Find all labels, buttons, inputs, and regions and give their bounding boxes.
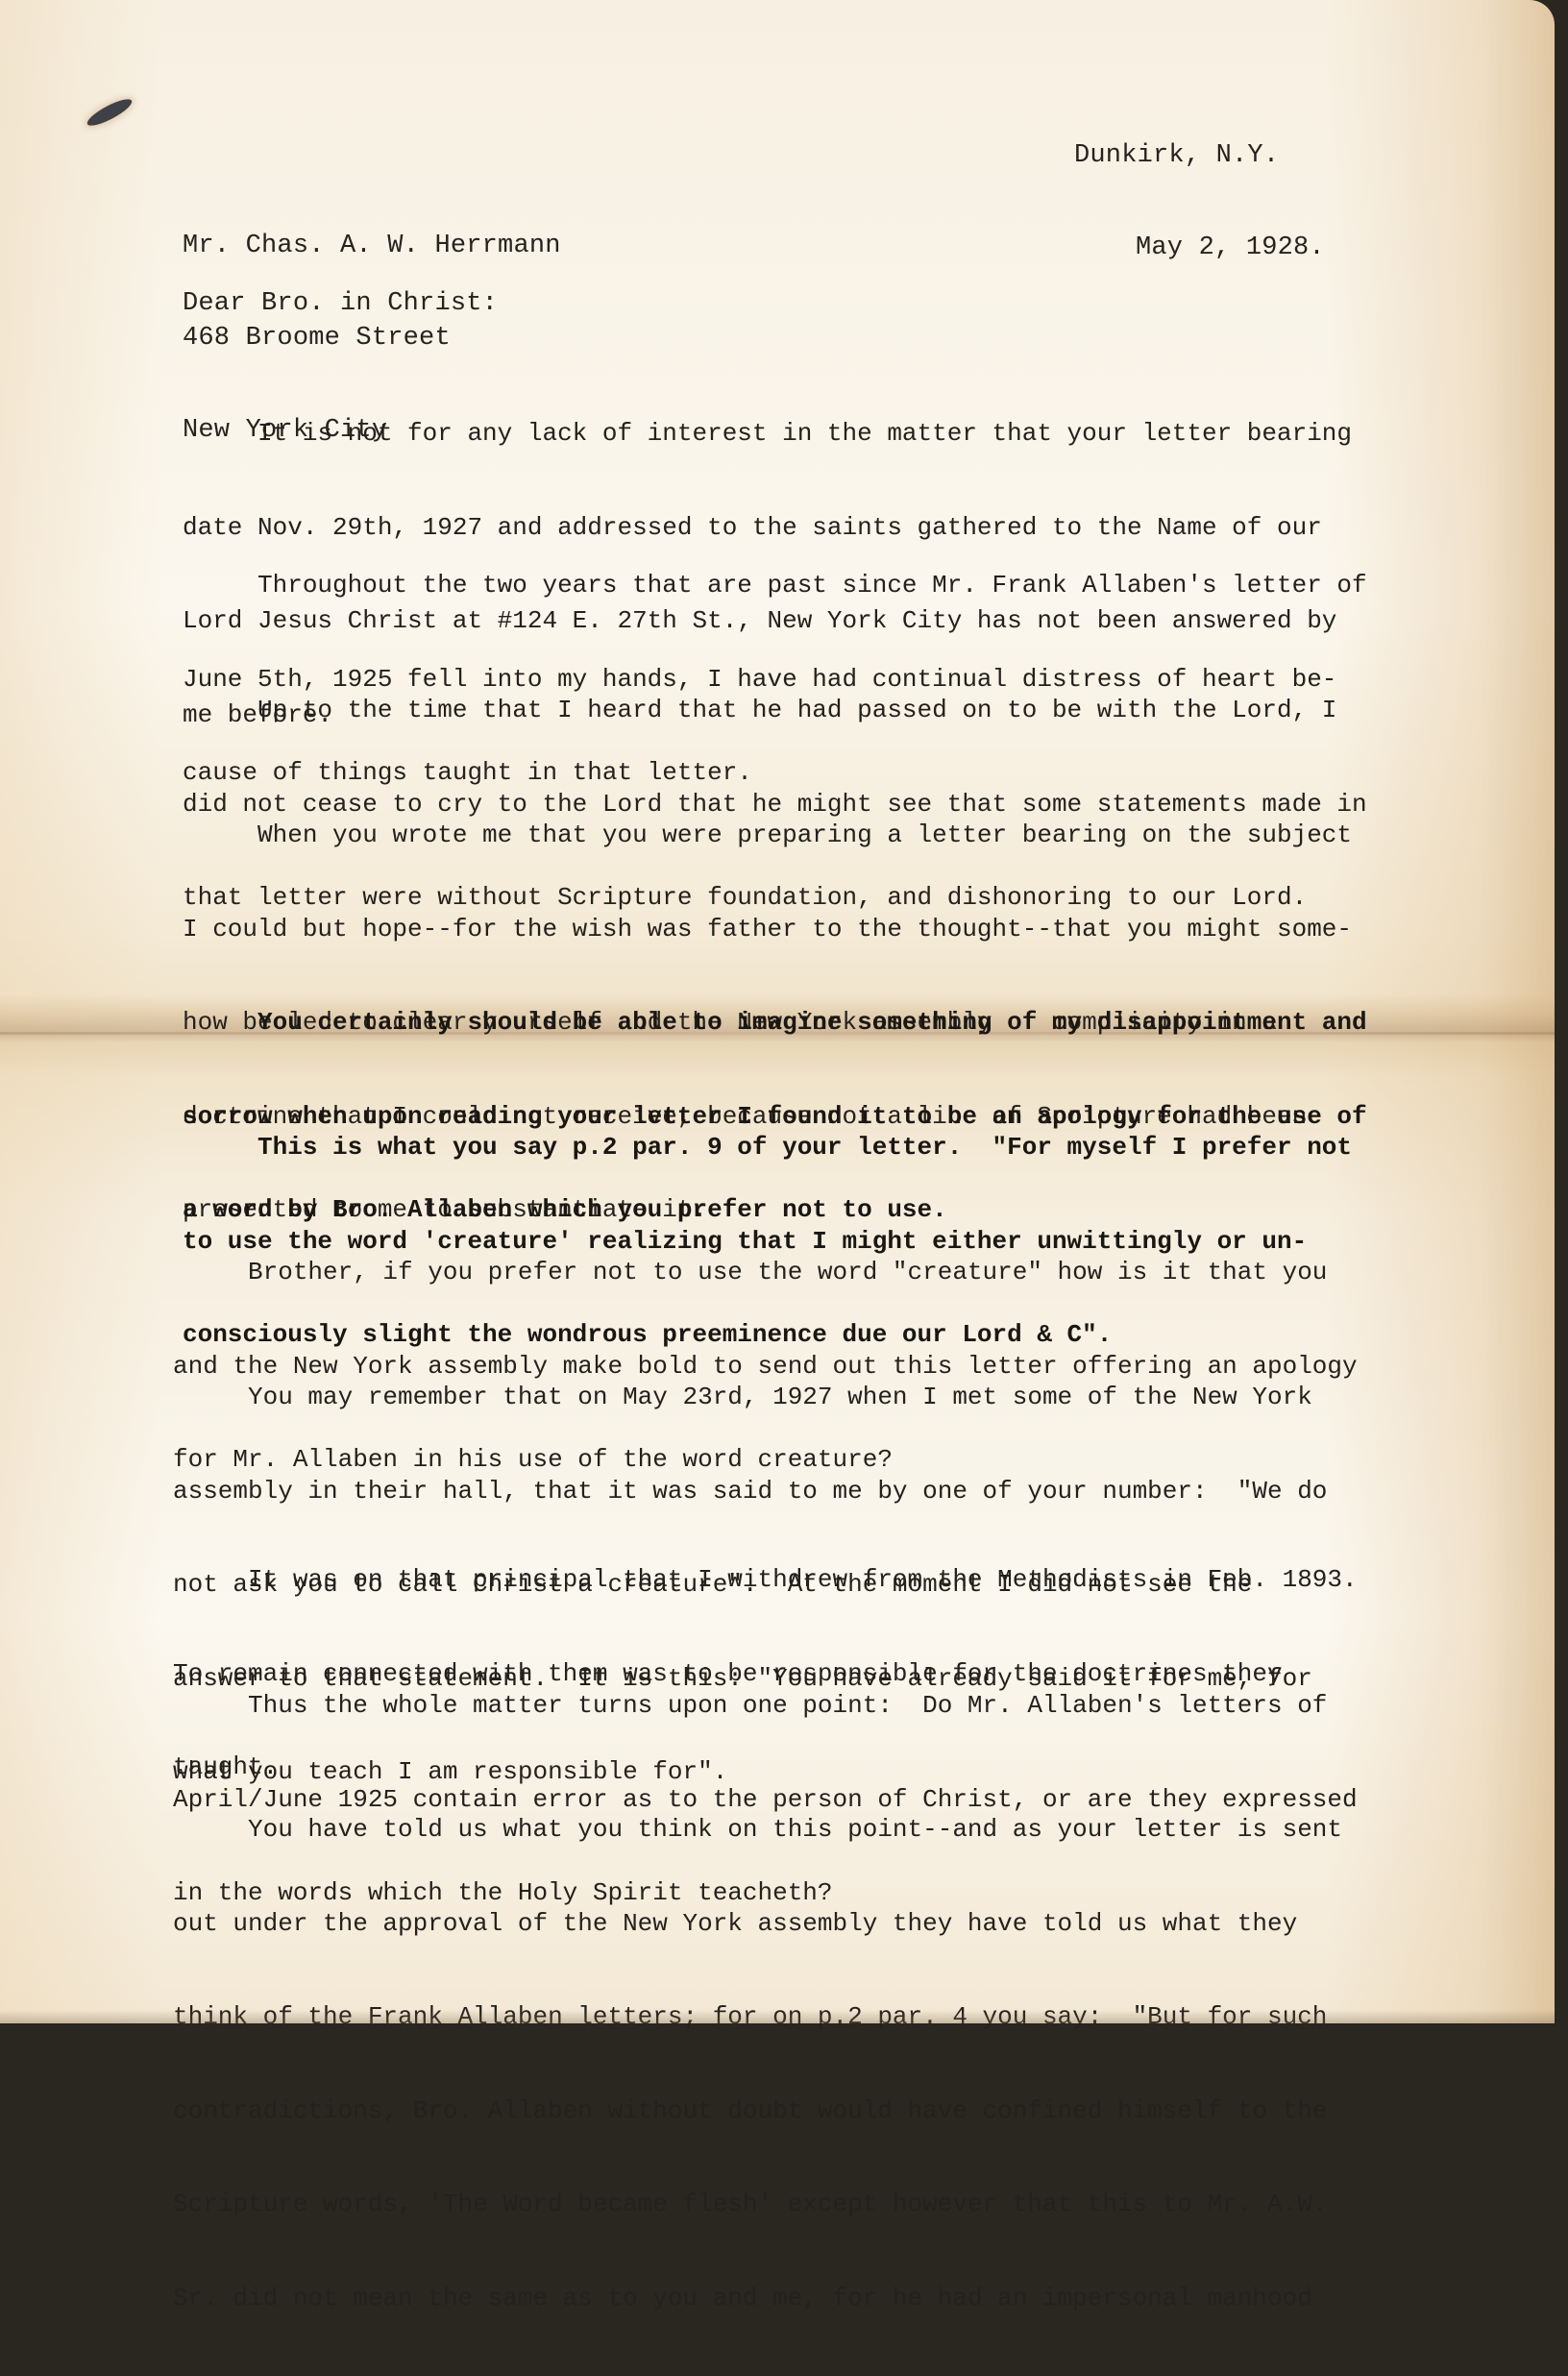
text-line: Brother, if you prefer not to use the wo… (173, 1257, 1422, 1288)
salutation: Dear Bro. in Christ: (183, 289, 498, 318)
text-line: When you wrote me that you were preparin… (183, 820, 1432, 851)
text-line: This is what you say p.2 par. 9 of your … (183, 1132, 1432, 1164)
heading-date: May 2, 1928. (1074, 233, 1325, 263)
letter-heading: Dunkirk, N.Y. May 2, 1928. (1074, 79, 1325, 325)
text-line: out under the approval of the New York a… (173, 1908, 1422, 1940)
text-line: It is not for any lack of interest in th… (183, 418, 1432, 450)
heading-place: Dunkirk, N.Y. (1074, 140, 1325, 171)
ink-smudge (85, 95, 135, 131)
text-line: Throughout the two years that are past s… (183, 570, 1432, 601)
text-line: Thus the whole matter turns upon one poi… (173, 1690, 1422, 1722)
text-line: You have told us what you think on this … (173, 1814, 1422, 1846)
text-line: think of the Frank Allaben letters; for … (173, 2001, 1422, 2029)
text-line: Up to the time that I heard that he had … (183, 695, 1432, 726)
recipient-name: Mr. Chas. A. W. Herrmann (183, 231, 561, 261)
text-line: You may remember that on May 23rd, 1927 … (173, 1382, 1422, 1413)
recipient-street: 468 Broome Street (183, 323, 561, 354)
text-line: It was on that principal that I withdrew… (173, 1564, 1422, 1596)
paragraph-11: You have told us what you think on this … (173, 1751, 1422, 2029)
letter-page: Dunkirk, N.Y. May 2, 1928. Mr. Chas. A. … (0, 0, 1555, 2023)
text-line: You certainly should be able to imagine … (183, 1007, 1432, 1039)
text-line: I could but hope--for the wish was fathe… (183, 914, 1432, 945)
